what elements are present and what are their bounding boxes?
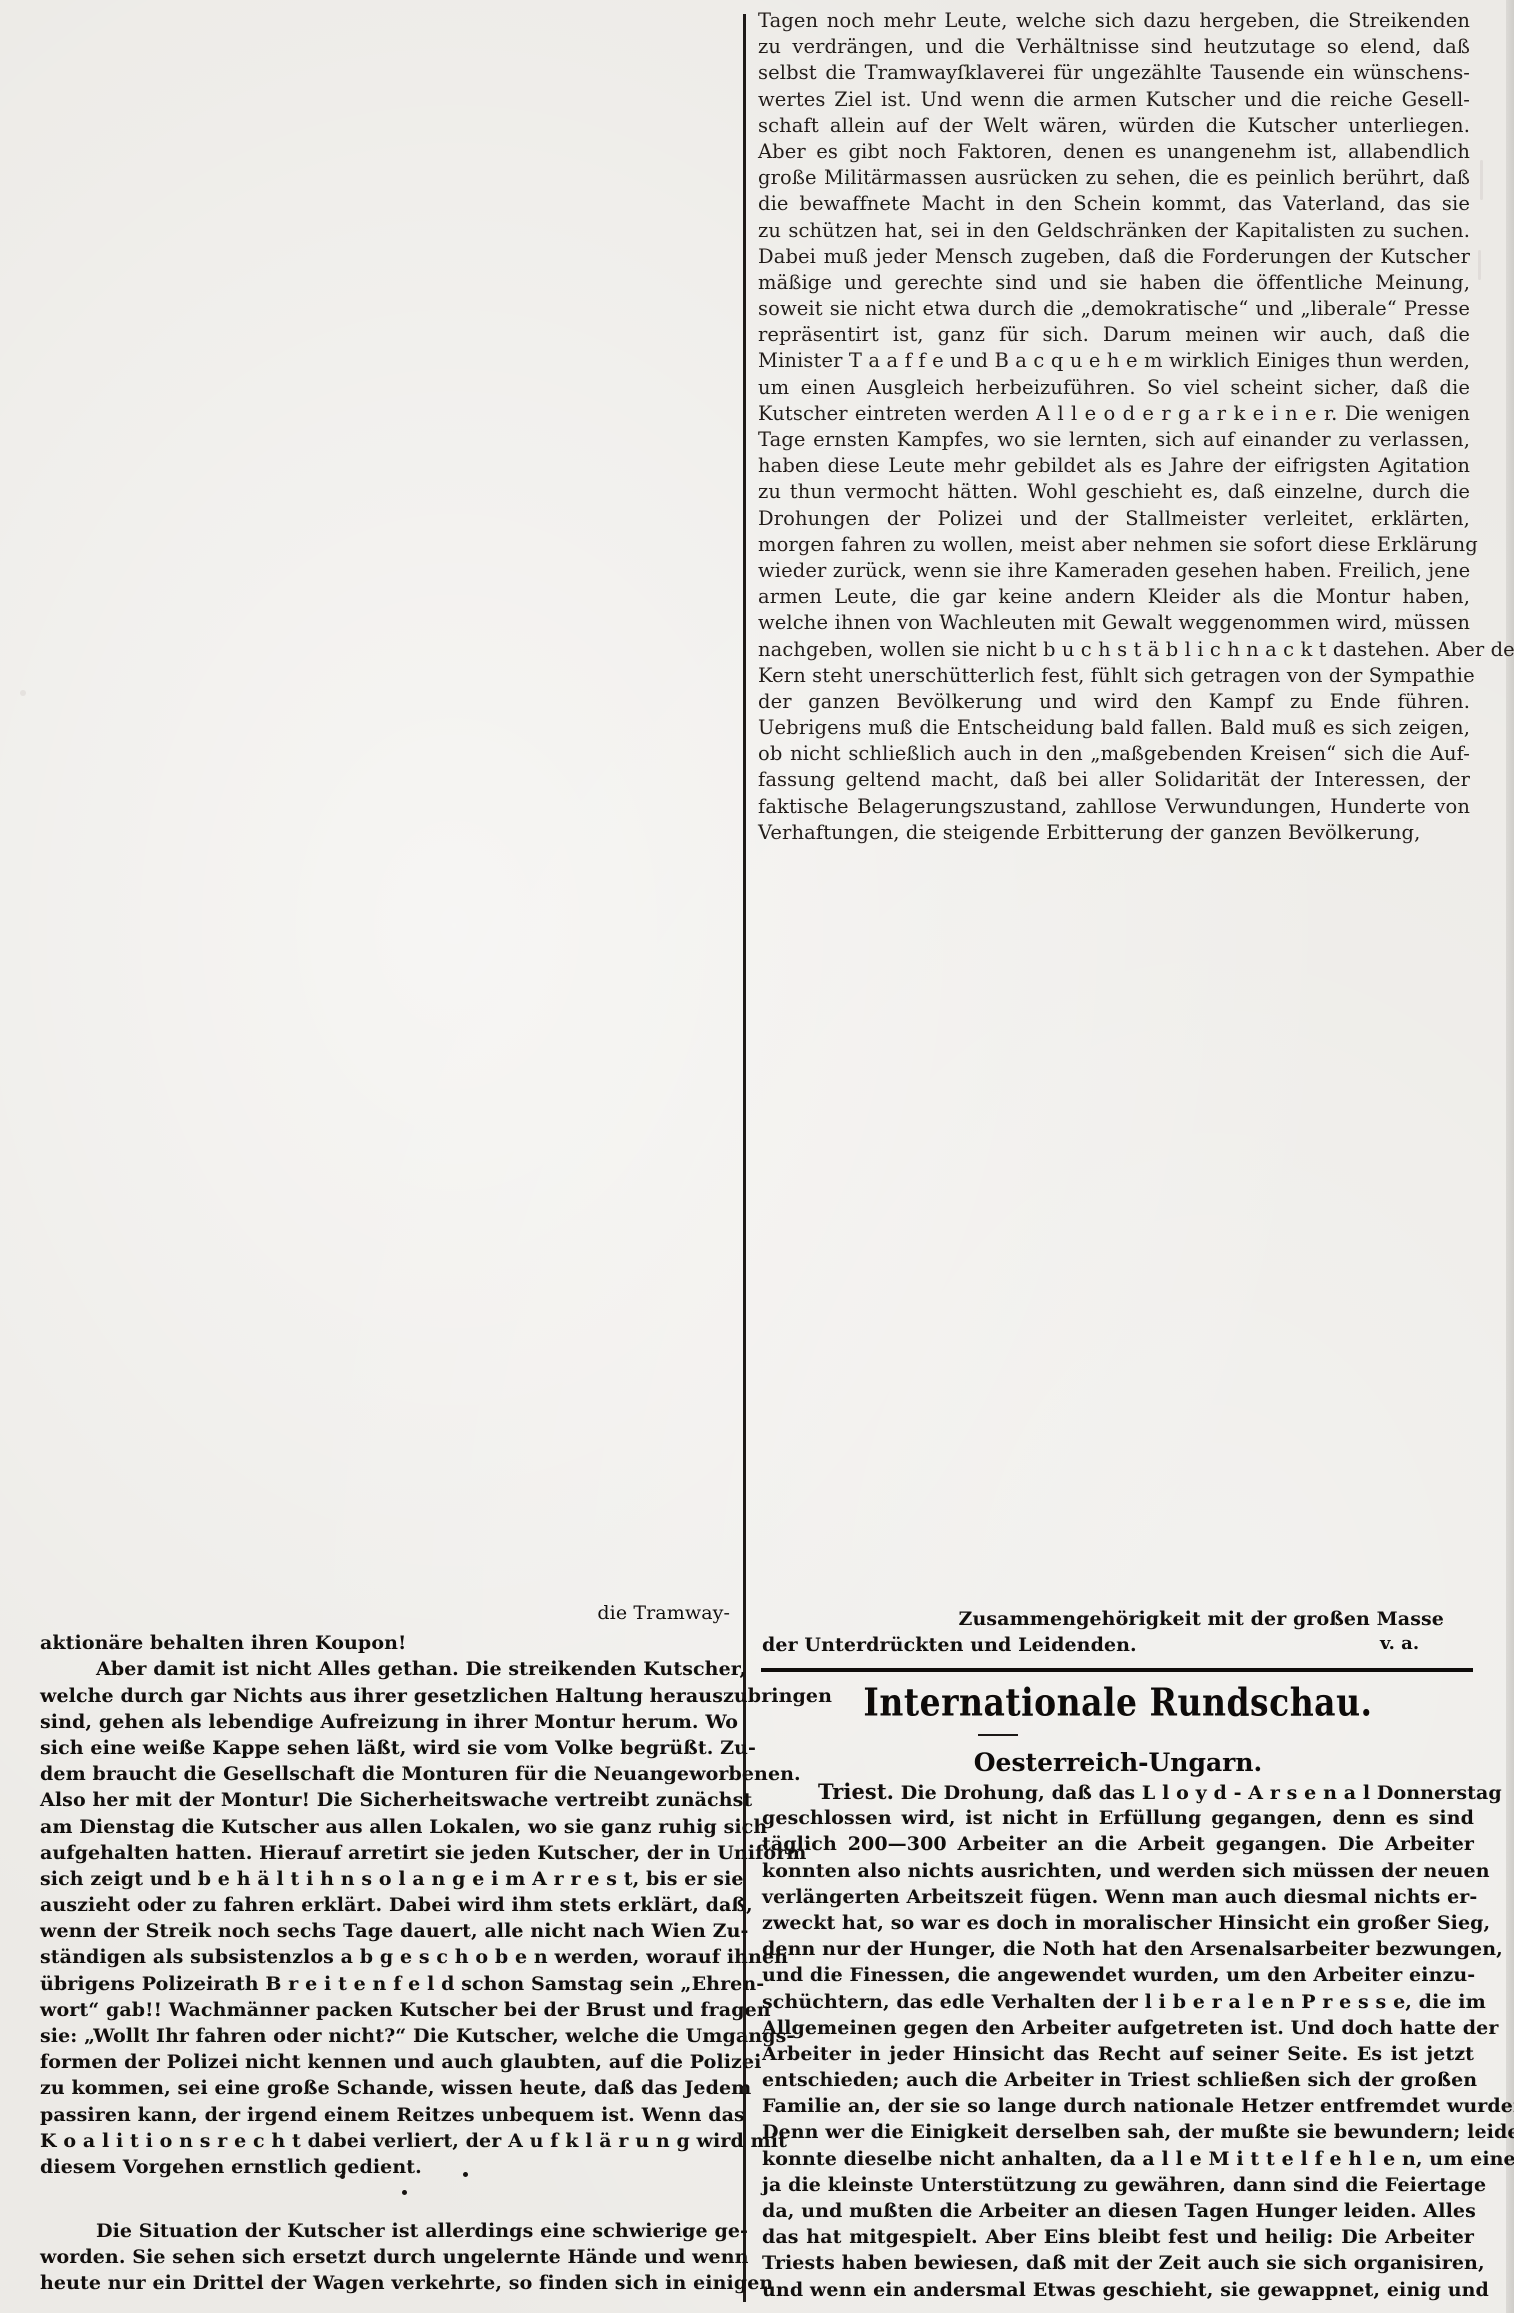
text-line: täglich 200—300 Arbeiter an die Arbeit g…	[762, 1831, 1474, 1857]
text-line: und wenn ein andersmal Etwas geschieht, …	[762, 2277, 1474, 2303]
section-separator-asterism	[40, 2172, 730, 2212]
text-line: ob nicht schließlich auch in den „maßgeb…	[758, 741, 1470, 767]
text-line: Uebrigens muß die Entscheidung bald fall…	[758, 715, 1470, 741]
carryover-text: Zusammengehörigkeit mit der großen Masse	[762, 1606, 1474, 1632]
text-line: aktionäre behalten ihren Koupon!	[40, 1630, 730, 1656]
text-line: schüchtern, das edle Verhalten der l i b…	[762, 1989, 1474, 2015]
text-line: sie: „Wollt Ihr fahren oder nicht?“ Die …	[40, 2023, 730, 2049]
text-line: wenn der Streik noch sechs Tage dauert, …	[40, 1918, 730, 1944]
text-line: sind, gehen als lebendige Aufreizung in …	[40, 1709, 730, 1735]
text-line: wertes Ziel ist. Und wenn die armen Kuts…	[758, 87, 1470, 113]
text-line: Aber es gibt noch Faktoren, denen es una…	[758, 139, 1470, 165]
text-line: wieder zurück, wenn sie ihre Kameraden g…	[758, 558, 1470, 584]
text-line: heute nur ein Drittel der Wagen verkehrt…	[40, 2270, 730, 2296]
text-line: welche ihnen von Wachleuten mit Gewalt w…	[758, 610, 1470, 636]
text-line: Arbeiter in jeder Hinsicht das Recht auf…	[762, 2041, 1474, 2067]
author-signature: v. a.	[1380, 1633, 1419, 1654]
paper-scratch	[1480, 160, 1483, 200]
text-line: übrigens Polizeirath B r e i t e n f e l…	[40, 1971, 730, 1997]
text-line: zu schützen hat, sei in den Geldschränke…	[758, 218, 1470, 244]
text-line: Minister T a a f f e und B a c q u e h e…	[758, 348, 1470, 374]
text-line: das hat mitgespielt. Aber Eins bleibt fe…	[762, 2224, 1474, 2250]
lower-left-column-text: die Tramway- aktionäre behalten ihren Ko…	[40, 1600, 730, 2180]
text-line: welche durch gar Nichts aus ihrer gesetz…	[40, 1683, 730, 1709]
text-line: ja die kleinste Unterstützung zu gewähre…	[762, 2172, 1474, 2198]
text-line: sich zeigt und b e h ä l t i h n s o l a…	[40, 1866, 730, 1892]
paragraph-first-line: Aber damit ist nicht Alles gethan. Die s…	[40, 1656, 730, 1682]
asterism-dot	[402, 2190, 407, 2195]
text-line: ständigen als subsistenzlos a b g e s c …	[40, 1944, 730, 1970]
text-line: Kutscher eintreten werden A l l e o d e …	[758, 401, 1470, 427]
text-line: Die Drohung, daß das L l o y d - A r s e…	[901, 1782, 1502, 1804]
lower-right-carryover-text: Zusammengehörigkeit mit der großen Masse…	[762, 1606, 1474, 1658]
text-line: Drohungen der Polizei und der Stallmeist…	[758, 506, 1470, 532]
text-line: auszieht oder zu fahren erklärt. Dabei w…	[40, 1892, 730, 1918]
text-line: K o a l i t i o n s r e c h t dabei verl…	[40, 2128, 730, 2154]
text-line: Familie an, der sie so lange durch natio…	[762, 2093, 1474, 2119]
text-line: mäßige und gerechte sind und sie haben d…	[758, 270, 1470, 296]
text-line: zweckt hat, so war es doch in moralische…	[762, 1910, 1474, 1936]
lower-right-column-text: Triest. Die Drohung, daß das L l o y d -…	[762, 1779, 1474, 2303]
text-line: Dabei muß jeder Mensch zugeben, daß die …	[758, 244, 1470, 270]
paragraph-first-line: Die Situation der Kutscher ist allerding…	[40, 2218, 730, 2244]
text-line: worden. Sie sehen sich ersetzt durch ung…	[40, 2244, 730, 2270]
page-edge	[1506, 0, 1514, 2313]
text-line: entschieden; auch die Arbeiter in Triest…	[762, 2067, 1474, 2093]
text-line: Allgemeinen gegen den Arbeiter aufgetret…	[762, 2015, 1474, 2041]
article-lead: Triest.	[818, 1779, 894, 1804]
text-line: denn nur der Hunger, die Noth hat den Ar…	[762, 1936, 1474, 1962]
text-line: konnte dieselbe nicht anhalten, da a l l…	[762, 2146, 1474, 2172]
text-line: formen der Polizei nicht kennen und auch…	[40, 2049, 730, 2075]
text-line: Verhaftungen, die steigende Erbitterung …	[758, 820, 1470, 846]
text-line: zu thun vermocht hätten. Wohl geschieht …	[758, 479, 1470, 505]
asterism-dot	[463, 2172, 468, 2177]
text-line: nachgeben, wollen sie nicht b u c h s t …	[758, 637, 1470, 663]
text-line: der ganzen Bevölkerung und wird den Kamp…	[758, 689, 1470, 715]
text-line: passiren kann, der irgend einem Reitzes …	[40, 2102, 730, 2128]
text-line: Kern steht unerschütterlich fest, fühlt …	[758, 663, 1470, 689]
text-line: Also her mit der Montur! Die Sicherheits…	[40, 1787, 730, 1813]
text-line: fassung geltend macht, daß bei aller Sol…	[758, 767, 1470, 793]
text-line: aufgehalten hatten. Hierauf arretirt sie…	[40, 1840, 730, 1866]
text-line: morgen fahren zu wollen, meist aber nehm…	[758, 532, 1470, 558]
section-rule	[761, 1668, 1473, 1672]
text-line: zu kommen, sei eine große Schande, wisse…	[40, 2075, 730, 2101]
text-line: geschlossen wird, ist nicht in Erfüllung…	[762, 1805, 1474, 1831]
text-line: und die Finessen, die angewendet wurden,…	[762, 1962, 1474, 1988]
text-line: konnten also nichts ausrichten, und werd…	[762, 1858, 1474, 1884]
text-line: soweit sie nicht etwa durch die „demokra…	[758, 296, 1470, 322]
text-line: Triests haben bewiesen, daß mit der Zeit…	[762, 2250, 1474, 2276]
text-line: Denn wer die Einigkeit derselben sah, de…	[762, 2119, 1474, 2145]
asterism-dot	[340, 2174, 345, 2179]
text-line: schaft allein auf der Welt wären, würden…	[758, 113, 1470, 139]
lower-left-continuation-text: Die Situation der Kutscher ist allerding…	[40, 2218, 730, 2297]
text-line: die bewaffnete Macht in den Schein kommt…	[758, 191, 1470, 217]
paper-scratch	[1478, 250, 1481, 280]
text-line: zu verdrängen, und die Verhältnisse sind…	[758, 34, 1470, 60]
text-line: am Dienstag die Kutscher aus allen Lokal…	[40, 1814, 730, 1840]
section-title: Internationale Rundschau.	[762, 1680, 1474, 1725]
text-line: selbst die Tramwayſklaverei für ungezähl…	[758, 60, 1470, 86]
text-line: große Militärmassen ausrücken zu sehen, …	[758, 165, 1470, 191]
text-line: um einen Ausgleich herbeizuführen. So vi…	[758, 375, 1470, 401]
upper-right-column-text: Tagen noch mehr Leute, welche sich dazu …	[758, 8, 1470, 846]
paper-speck	[20, 690, 26, 696]
text-line: dem braucht die Gesellschaft die Monture…	[40, 1761, 730, 1787]
subsection-title: Oesterreich-Ungarn.	[762, 1748, 1474, 1777]
paragraph-first-line: Triest. Die Drohung, daß das L l o y d -…	[762, 1779, 1474, 1805]
text-line: repräsentirt ist, ganz für sich. Darum m…	[758, 322, 1470, 348]
text-line: faktische Belagerungszustand, zahllose V…	[758, 794, 1470, 820]
text-line: Tage ernsten Kampfes, wo sie lernten, si…	[758, 427, 1470, 453]
newspaper-page: Tagen noch mehr Leute, welche sich dazu …	[0, 0, 1514, 2313]
text-line: Tagen noch mehr Leute, welche sich dazu …	[758, 8, 1470, 34]
text-line: der Unterdrückten und Leidenden.	[762, 1632, 1474, 1658]
text-line: sich eine weiße Kappe sehen läßt, wird s…	[40, 1735, 730, 1761]
text-line: haben diese Leute mehr gebildet als es J…	[758, 453, 1470, 479]
text-line: da, und mußten die Arbeiter an diesen Ta…	[762, 2198, 1474, 2224]
carryover-text: die Tramway-	[40, 1600, 730, 1626]
text-line: verlängerten Arbeitszeit fügen. Wenn man…	[762, 1884, 1474, 1910]
text-line: armen Leute, die gar keine andern Kleide…	[758, 584, 1470, 610]
title-underline	[978, 1734, 1018, 1736]
text-line: wort“ gab!! Wachmänner packen Kutscher b…	[40, 1997, 730, 2023]
